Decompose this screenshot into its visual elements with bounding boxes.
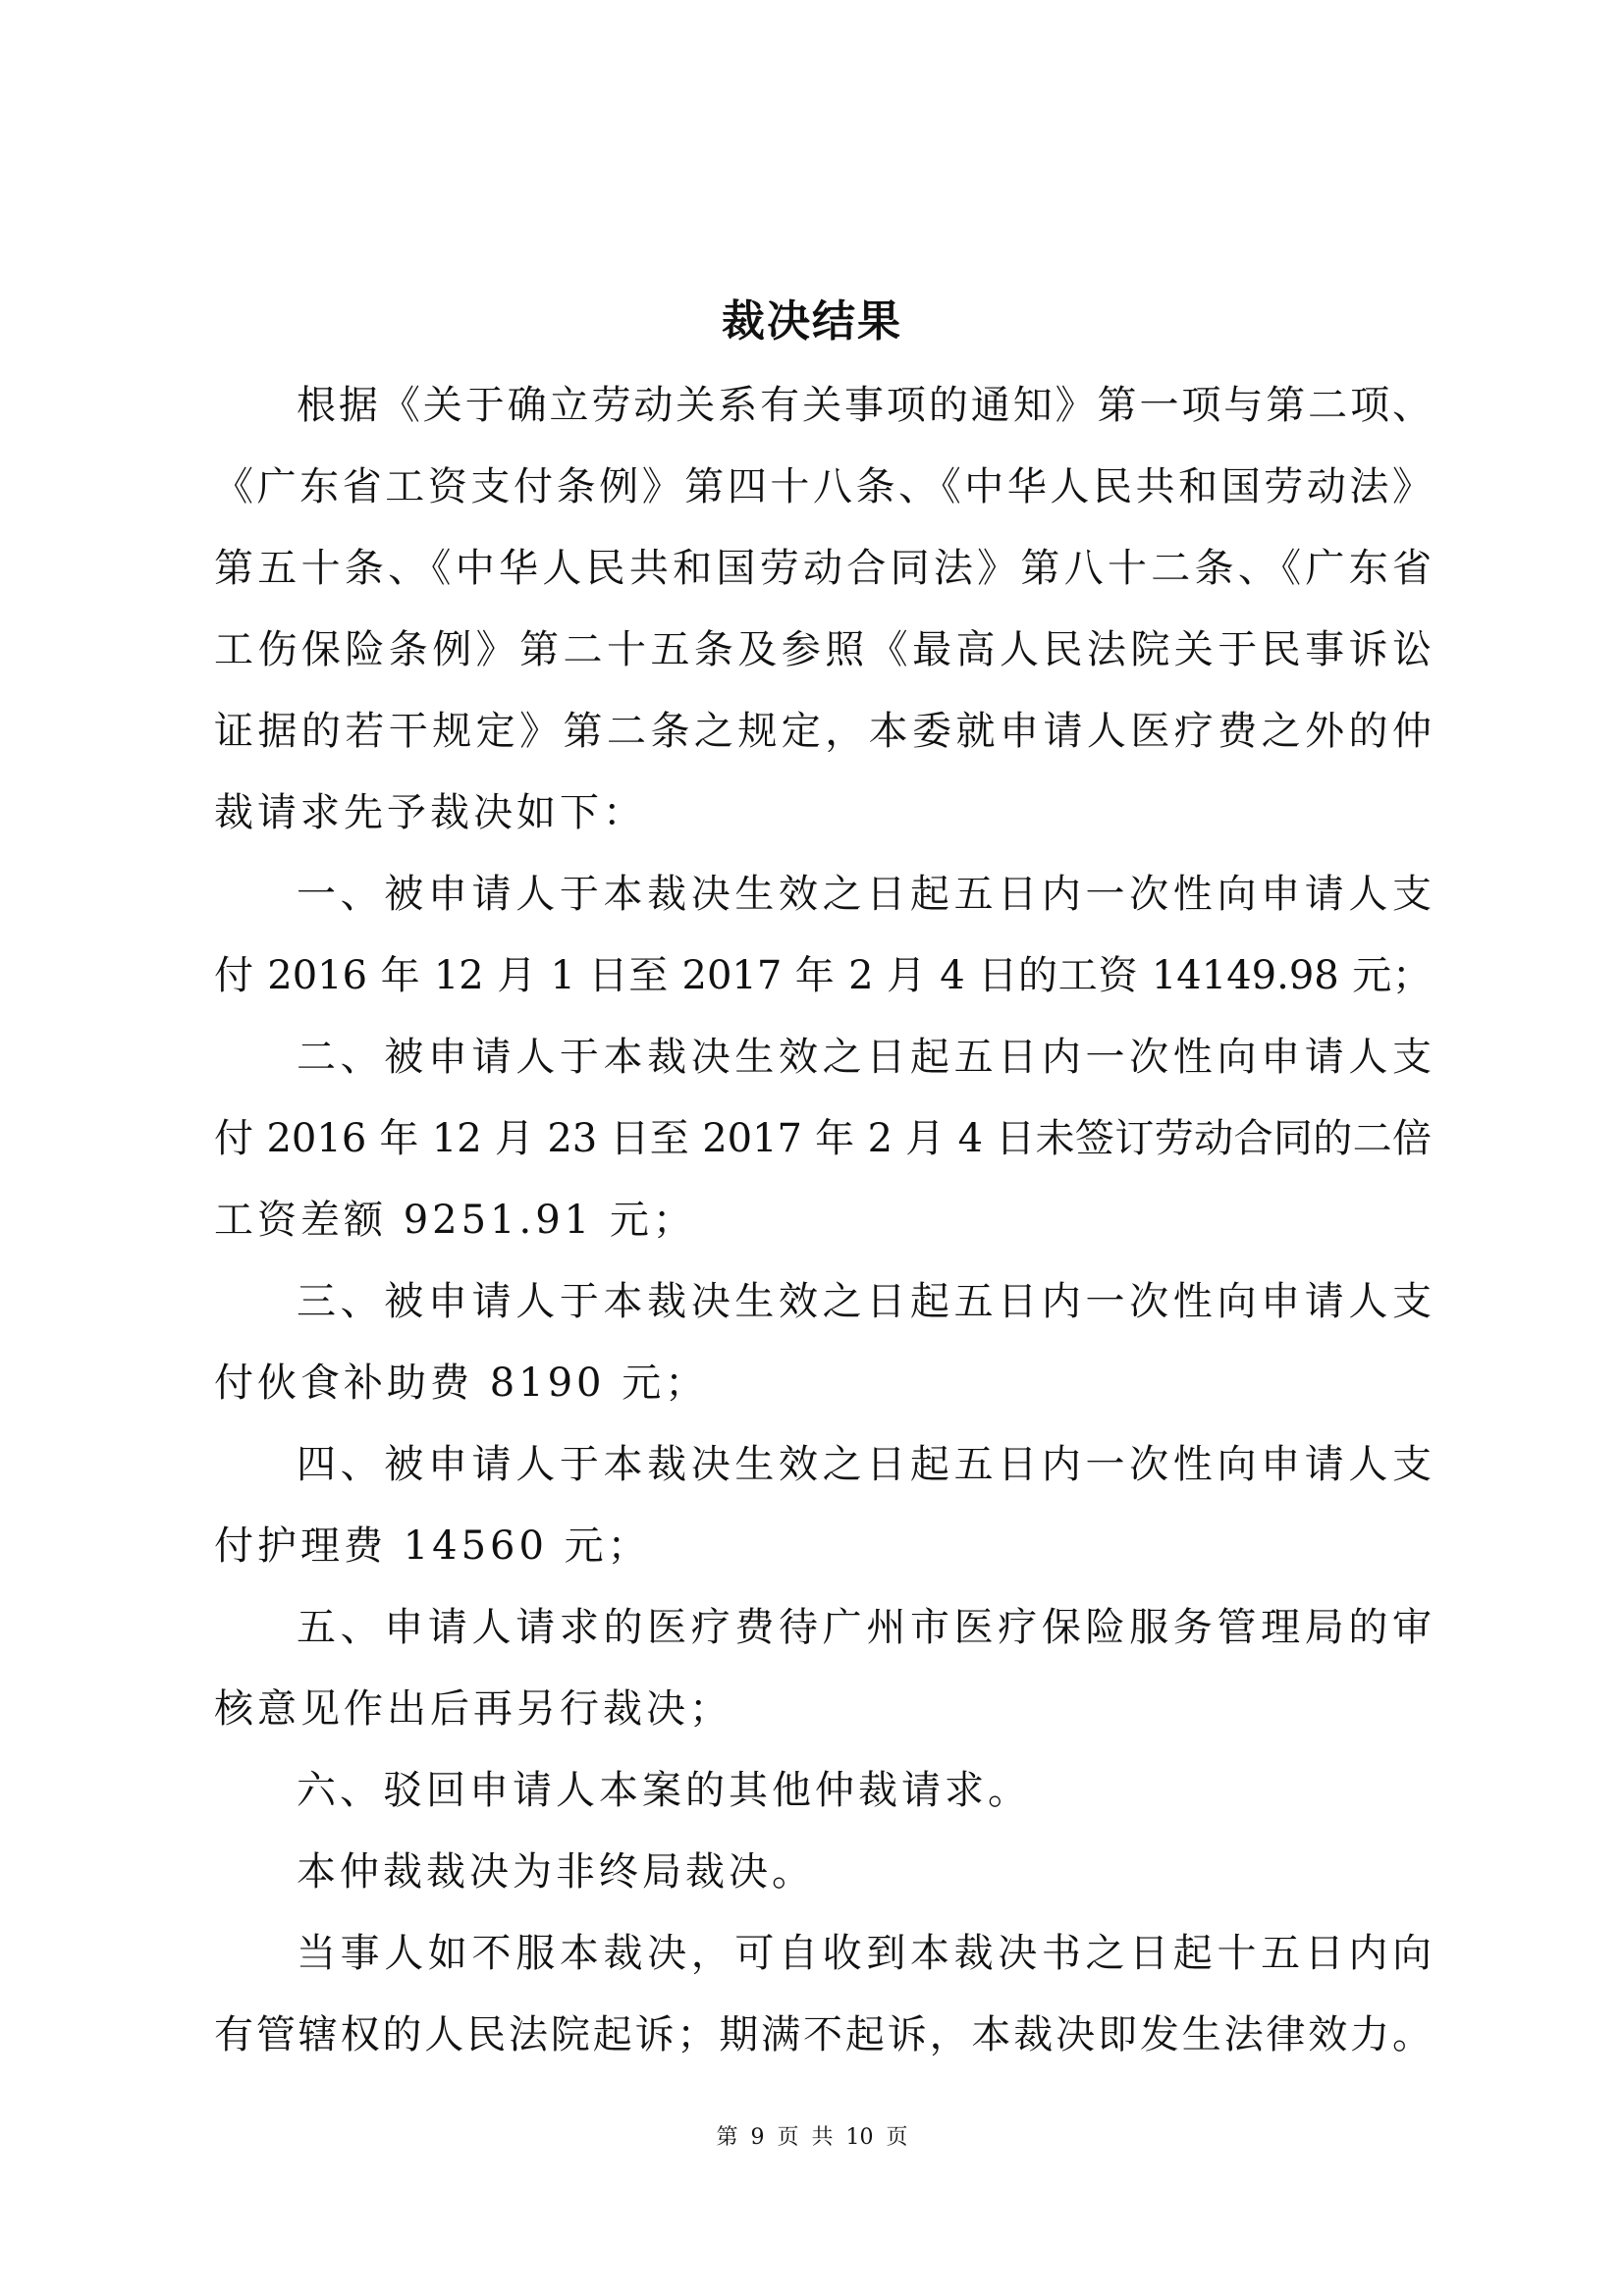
text-line: 五、申请人请求的医疗费待广州市医疗保险服务管理局的审 <box>214 1587 1432 1669</box>
page-number-footer: 第 9 页 共 10 页 <box>0 2118 1624 2158</box>
text-line: 工资差额 9251.91 元； <box>214 1180 1432 1261</box>
ruling-body: 根据《关于确立劳动关系有关事项的通知》第一项与第二项、《广东省工资支付条例》第四… <box>214 365 1432 2076</box>
text-line: 付护理费 14560 元； <box>214 1506 1432 1587</box>
text-line: 四、被申请人于本裁决生效之日起五日内一次性向申请人支 <box>214 1424 1432 1506</box>
text-line: 付 2016 年 12 月 1 日至 2017 年 2 月 4 日的工资 141… <box>214 935 1432 1017</box>
text-line: 付 2016 年 12 月 23 日至 2017 年 2 月 4 日未签订劳动合… <box>214 1098 1432 1180</box>
text-line: 本仲裁裁决为非终局裁决。 <box>214 1832 1432 1913</box>
text-line: 裁请求先予裁决如下： <box>214 773 1432 854</box>
text-line: 第五十条、《中华人民共和国劳动合同法》第八十二条、《广东省 <box>214 528 1432 610</box>
page-title: 裁决结果 <box>0 293 1624 351</box>
text-line: 根据《关于确立劳动关系有关事项的通知》第一项与第二项、 <box>214 365 1432 447</box>
document-page: 裁决结果 根据《关于确立劳动关系有关事项的通知》第一项与第二项、《广东省工资支付… <box>0 0 1624 2296</box>
text-line: 六、驳回申请人本案的其他仲裁请求。 <box>214 1750 1432 1832</box>
text-line: 工伤保险条例》第二十五条及参照《最高人民法院关于民事诉讼 <box>214 610 1432 691</box>
text-line: 一、被申请人于本裁决生效之日起五日内一次性向申请人支 <box>214 854 1432 935</box>
text-line: 付伙食补助费 8190 元； <box>214 1343 1432 1424</box>
text-line: 二、被申请人于本裁决生效之日起五日内一次性向申请人支 <box>214 1017 1432 1098</box>
text-line: 证据的若干规定》第二条之规定，本委就申请人医疗费之外的仲 <box>214 691 1432 773</box>
text-line: 《广东省工资支付条例》第四十八条、《中华人民共和国劳动法》 <box>214 447 1432 528</box>
text-line: 当事人如不服本裁决，可自收到本裁决书之日起十五日内向 <box>214 1913 1432 1995</box>
text-line: 核意见作出后再另行裁决； <box>214 1669 1432 1750</box>
text-line: 三、被申请人于本裁决生效之日起五日内一次性向申请人支 <box>214 1261 1432 1343</box>
text-line: 有管辖权的人民法院起诉；期满不起诉，本裁决即发生法律效力。 <box>214 1995 1432 2076</box>
